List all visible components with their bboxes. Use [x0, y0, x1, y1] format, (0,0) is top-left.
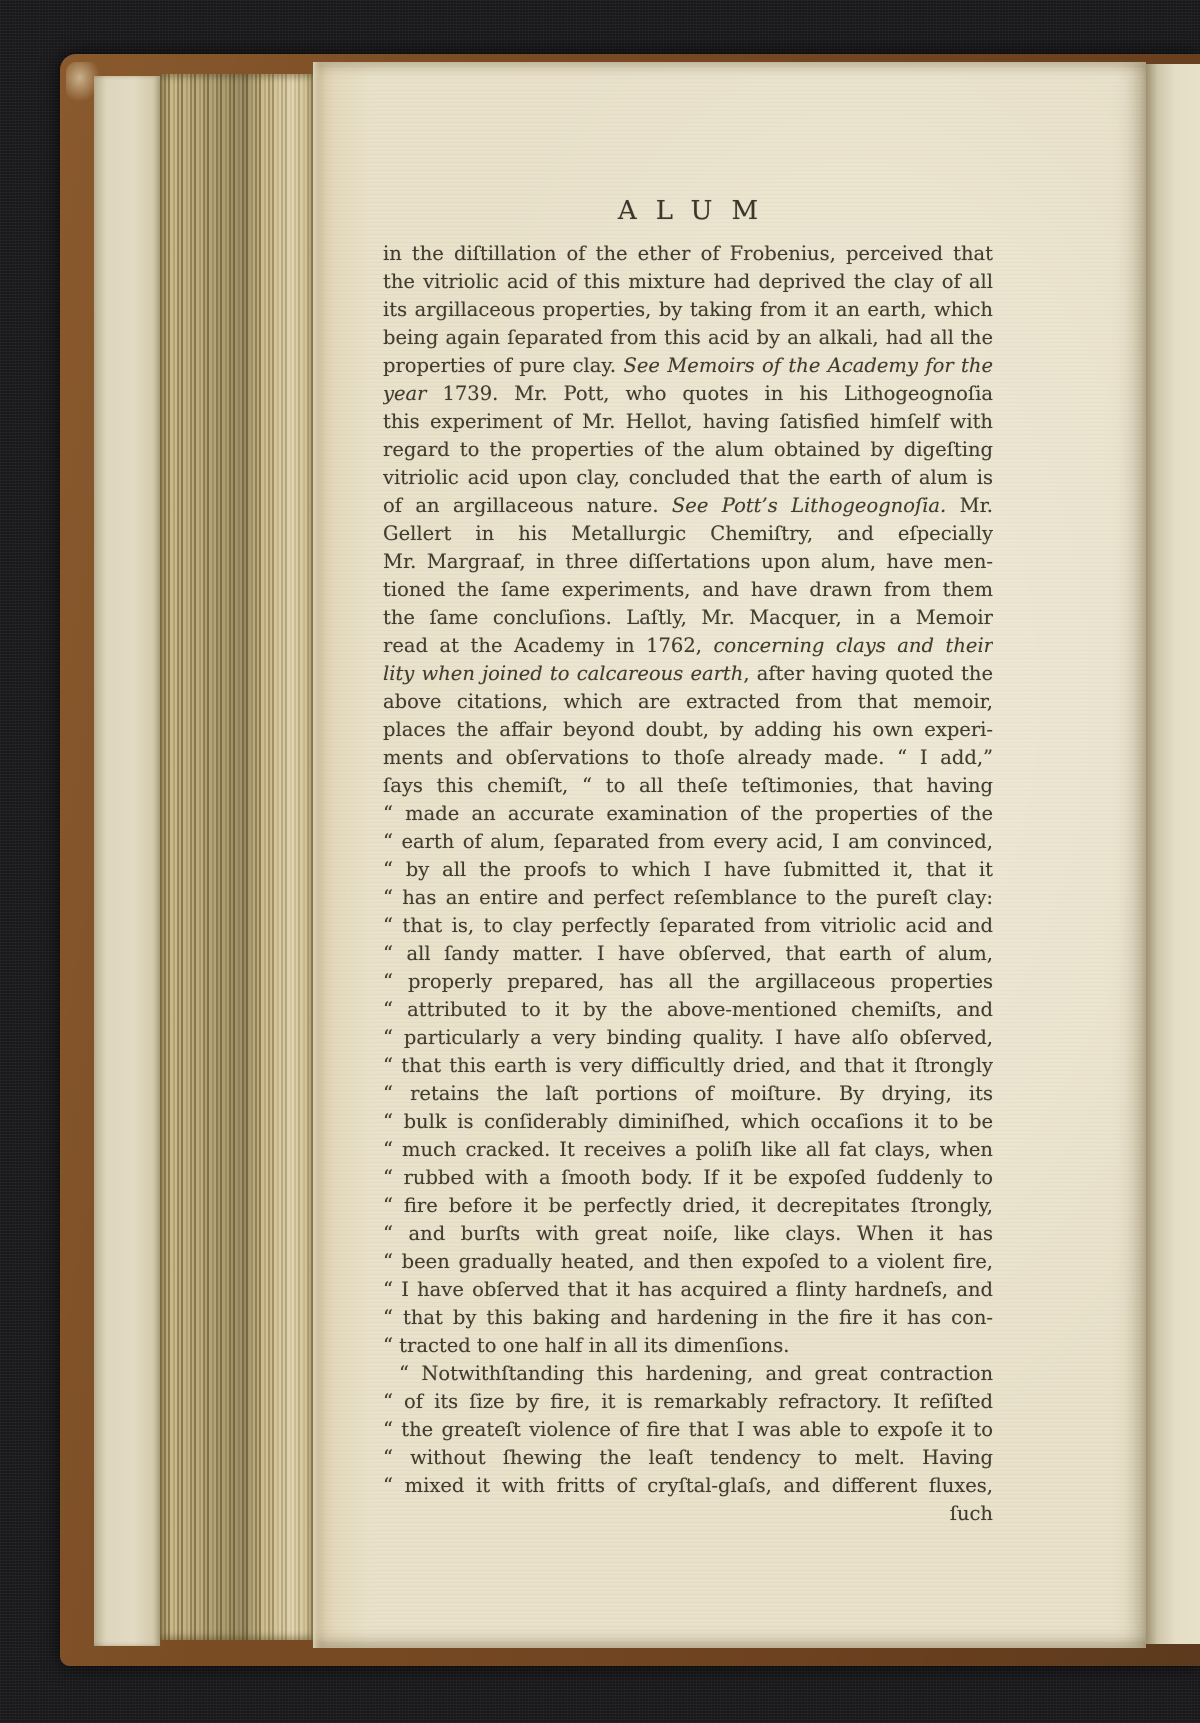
text-line: “ Notwithſtanding this hardening, and gr…	[383, 1360, 993, 1388]
text-segment: places the affair beyond doubt, by addin…	[383, 718, 993, 741]
text-segment: properties of pure clay.	[383, 354, 623, 377]
text-line: “ I have obſerved that it has acquired a…	[383, 1276, 993, 1304]
text-segment: , after having quoted the	[743, 662, 993, 685]
text-segment: Gellert in his Metallurgic Chemiſtry, an…	[383, 522, 993, 545]
text-segment: “ much cracked. It receives a poliſh lik…	[383, 1138, 993, 1161]
facing-page-edge	[1146, 64, 1200, 1644]
text-line: properties of pure clay. See Memoirs of …	[383, 352, 993, 380]
text-line: “ has an entire and perfect reſemblance …	[383, 884, 993, 912]
text-line: the vitriolic acid of this mixture had d…	[383, 268, 993, 296]
body-text-lines: in the diſtillation of the ether of Frob…	[383, 240, 993, 1528]
text-line: above citations, which are extracted fro…	[383, 688, 993, 716]
text-segment: “ has an entire and perfect reſemblance …	[383, 886, 993, 909]
text-segment: “ the greateſt violence of fire that I w…	[383, 1418, 993, 1441]
text-segment: its argillaceous properties, by taking f…	[383, 298, 993, 321]
text-line: “ and burſts with great noiſe, like clay…	[383, 1220, 993, 1248]
photograph-background: { "palette":{ "background":"#1b1b1d", "l…	[0, 0, 1200, 1723]
text-line: “ the greateſt violence of fire that I w…	[383, 1416, 993, 1444]
italic-text-segment: year	[383, 382, 442, 405]
text-segment: the ſame concluſions. Laſtly, Mr. Macque…	[383, 606, 993, 629]
text-segment: “ attributed to it by the above-mentione…	[383, 998, 993, 1021]
text-segment: “ all ſandy matter. I have obſerved, tha…	[383, 942, 993, 965]
text-segment: this experiment of Mr. Hellot, having ſa…	[383, 410, 993, 433]
text-segment: tioned the ſame experiments, and have dr…	[383, 578, 993, 601]
text-line: ments and obſervations to thoſe already …	[383, 744, 993, 772]
text-line: its argillaceous properties, by taking f…	[383, 296, 993, 324]
text-segment: “ that by this baking and hardening in t…	[383, 1306, 993, 1329]
text-line: “ fire before it be perfectly dried, it …	[383, 1192, 993, 1220]
text-line: this experiment of Mr. Hellot, having ſa…	[383, 408, 993, 436]
text-line: “ earth of alum, ſeparated from every ac…	[383, 828, 993, 856]
text-segment: “ rubbed with a ſmooth body. If it be ex…	[383, 1166, 993, 1189]
text-segment: regard to the properties of the alum obt…	[383, 438, 993, 461]
text-line: “ of its ſize by fire, it is remarkably …	[383, 1388, 993, 1416]
text-line: tioned the ſame experiments, and have dr…	[383, 576, 993, 604]
printed-text-area: ALUM in the diſtillation of the ether of…	[383, 196, 993, 1528]
text-line: “ made an accurate examination of the pr…	[383, 800, 993, 828]
text-line: “ retains the laſt portions of moiſture.…	[383, 1080, 993, 1108]
text-line: of an argillaceous nature. See Pott’s Li…	[383, 492, 993, 520]
text-line: “ by all the proofs to which I have ſubm…	[383, 856, 993, 884]
text-line: “ that is, to clay perfectly ſeparated f…	[383, 912, 993, 940]
text-segment: “ Notwithſtanding this hardening, and gr…	[399, 1362, 993, 1385]
text-segment: read at the Academy in 1762,	[383, 634, 714, 657]
text-segment: “ bulk is conſiderably diminiſhed, which…	[383, 1110, 993, 1133]
text-line: being again ſeparated from this acid by …	[383, 324, 993, 352]
text-line: “ that this earth is very difficultly dr…	[383, 1052, 993, 1080]
text-line: “ tracted to one half in all its dimenſi…	[383, 1332, 993, 1360]
italic-text-segment: See Memoirs of the Academy for the	[623, 354, 993, 377]
text-line: “ been gradually heated, and then expoſe…	[383, 1248, 993, 1276]
text-segment: “ made an accurate examination of the pr…	[383, 802, 993, 825]
text-segment: “ been gradually heated, and then expoſe…	[383, 1250, 993, 1273]
text-segment: “ fire before it be perfectly dried, it …	[383, 1194, 993, 1217]
text-segment: ments and obſervations to thoſe already …	[383, 746, 993, 769]
text-segment: in the diſtillation of the ether of Frob…	[383, 242, 993, 265]
text-line: vitriolic acid upon clay, concluded that…	[383, 464, 993, 492]
italic-text-segment: See Pott’s Lithogeognoſia.	[672, 494, 946, 517]
text-segment: “ earth of alum, ſeparated from every ac…	[383, 830, 993, 853]
text-line: year 1739. Mr. Pott, who quotes in his L…	[383, 380, 993, 408]
text-line: “ without ſhewing the leaſt tendency to …	[383, 1444, 993, 1472]
text-line: “ mixed it with fritts of cryſtal-glaſs,…	[383, 1472, 993, 1500]
catchword: ſuch	[383, 1500, 993, 1528]
text-segment: “ that this earth is very difficultly dr…	[383, 1054, 993, 1077]
text-segment: the vitriolic acid of this mixture had d…	[383, 270, 993, 293]
text-line: “ rubbed with a ſmooth body. If it be ex…	[383, 1164, 993, 1192]
flyleaf-page-edge	[94, 76, 160, 1646]
text-segment: of an argillaceous nature.	[383, 494, 672, 517]
text-line: read at the Academy in 1762, concerning …	[383, 632, 993, 660]
text-line: in the diſtillation of the ether of Frob…	[383, 240, 993, 268]
text-line: “ bulk is conſiderably diminiſhed, which…	[383, 1108, 993, 1136]
text-segment: “ of its ſize by fire, it is remarkably …	[383, 1390, 993, 1413]
text-segment: Mr. Margraaf, in three diſſertations upo…	[383, 550, 993, 573]
text-segment: “ and burſts with great noiſe, like clay…	[383, 1222, 993, 1245]
text-segment: “ tracted to one half in all its dimenſi…	[383, 1334, 789, 1357]
text-line: Gellert in his Metallurgic Chemiſtry, an…	[383, 520, 993, 548]
text-line: “ that by this baking and hardening in t…	[383, 1304, 993, 1332]
text-line: regard to the properties of the alum obt…	[383, 436, 993, 464]
text-segment: Mr.	[946, 494, 993, 517]
text-line: ſays this chemiſt, “ to all theſe teſtim…	[383, 772, 993, 800]
text-line: “ particularly a very binding quality. I…	[383, 1024, 993, 1052]
text-line: “ properly prepared, has all the argilla…	[383, 968, 993, 996]
text-segment: “ retains the laſt portions of moiſture.…	[383, 1082, 993, 1105]
fore-edge-page-stack	[160, 74, 313, 1640]
text-segment: “ I have obſerved that it has acquired a…	[383, 1278, 993, 1301]
text-line: “ attributed to it by the above-mentione…	[383, 996, 993, 1024]
text-segment: above citations, which are extracted fro…	[383, 690, 993, 713]
text-segment: “ that is, to clay perfectly ſeparated f…	[383, 914, 993, 937]
page-header-title: ALUM	[383, 196, 993, 226]
text-segment: vitriolic acid upon clay, concluded that…	[383, 466, 993, 489]
text-segment: “ particularly a very binding quality. I…	[383, 1026, 993, 1049]
text-line: “ all ſandy matter. I have obſerved, tha…	[383, 940, 993, 968]
text-segment: “ mixed it with fritts of cryſtal-glaſs,…	[383, 1474, 993, 1497]
text-line: places the affair beyond doubt, by addin…	[383, 716, 993, 744]
text-line: lity when joined to calcareous earth, af…	[383, 660, 993, 688]
text-line: Mr. Margraaf, in three diſſertations upo…	[383, 548, 993, 576]
italic-text-segment: lity when joined to calcareous earth	[383, 662, 743, 685]
text-line: “ much cracked. It receives a poliſh lik…	[383, 1136, 993, 1164]
text-segment: “ by all the proofs to which I have ſubm…	[383, 858, 993, 881]
text-segment: 1739. Mr. Pott, who quotes in his Lithog…	[442, 382, 993, 405]
text-line: the ſame concluſions. Laſtly, Mr. Macque…	[383, 604, 993, 632]
text-segment: being again ſeparated from this acid by …	[383, 326, 993, 349]
text-segment: ſays this chemiſt, “ to all theſe teſtim…	[383, 774, 993, 797]
text-segment: “ properly prepared, has all the argilla…	[383, 970, 993, 993]
text-segment: “ without ſhewing the leaſt tendency to …	[383, 1446, 993, 1469]
